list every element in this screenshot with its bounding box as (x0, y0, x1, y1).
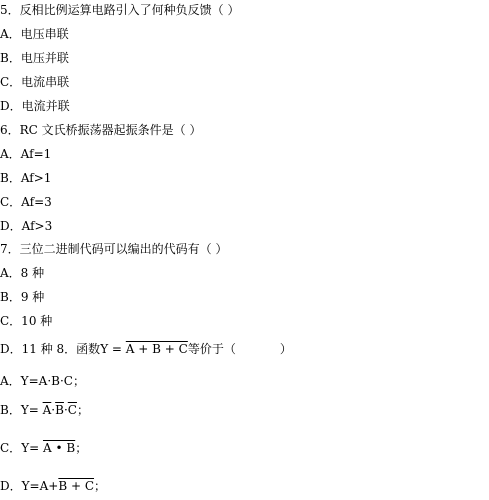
option-d: D．Y=A+B + C； (0, 479, 106, 493)
question-stem: 7．三位二进制代码可以编出的代码有（ ） (0, 242, 227, 256)
question-stem: 5．反相比例运算电路引入了何种负反馈（ ） (0, 3, 239, 17)
q8-overline-expr: A + B + C (126, 342, 188, 356)
q8-close: ） (280, 342, 292, 356)
option-d-and-question-8-stem: D．11 种 8．函数Y = A + B + C等价于（） (0, 342, 292, 356)
q8-prefix: 8．函数 (57, 342, 101, 356)
option-d: D．电流并联 (0, 99, 70, 113)
option-b: B．9 种 (0, 290, 44, 304)
overline-expr: B + C (58, 479, 94, 493)
question-stem: 6．RC 文氏桥振荡器起振条件是（ ） (0, 123, 201, 137)
option-d: D．Af>3 (0, 219, 52, 233)
option-c: C．Af=3 (0, 195, 52, 209)
option-a: A．Y=A·B·C； (0, 374, 85, 388)
option-a: A．8 种 (0, 266, 44, 280)
overline-expr: A • B (43, 441, 75, 455)
option-a: A．电压串联 (0, 27, 69, 41)
option-c: C．10 种 (0, 314, 52, 328)
option-a-expr: Y=A·B·C； (21, 374, 85, 388)
q8-y: Y = (100, 342, 126, 356)
option-a: A．Af=1 (0, 147, 51, 161)
option-c: C．电流串联 (0, 75, 69, 89)
option-b: B．电压并联 (0, 51, 69, 65)
option-b: B．Y= A·B·C； (0, 403, 89, 417)
overline-b: B (55, 403, 64, 417)
overline-a: A (43, 403, 52, 417)
q7-option-d: D．11 种 (0, 342, 53, 356)
option-c: C．Y= A • B； (0, 441, 87, 455)
q8-suffix: 等价于（ (188, 342, 236, 356)
option-b: B．Af>1 (0, 171, 51, 185)
overline-c: C (68, 403, 77, 417)
